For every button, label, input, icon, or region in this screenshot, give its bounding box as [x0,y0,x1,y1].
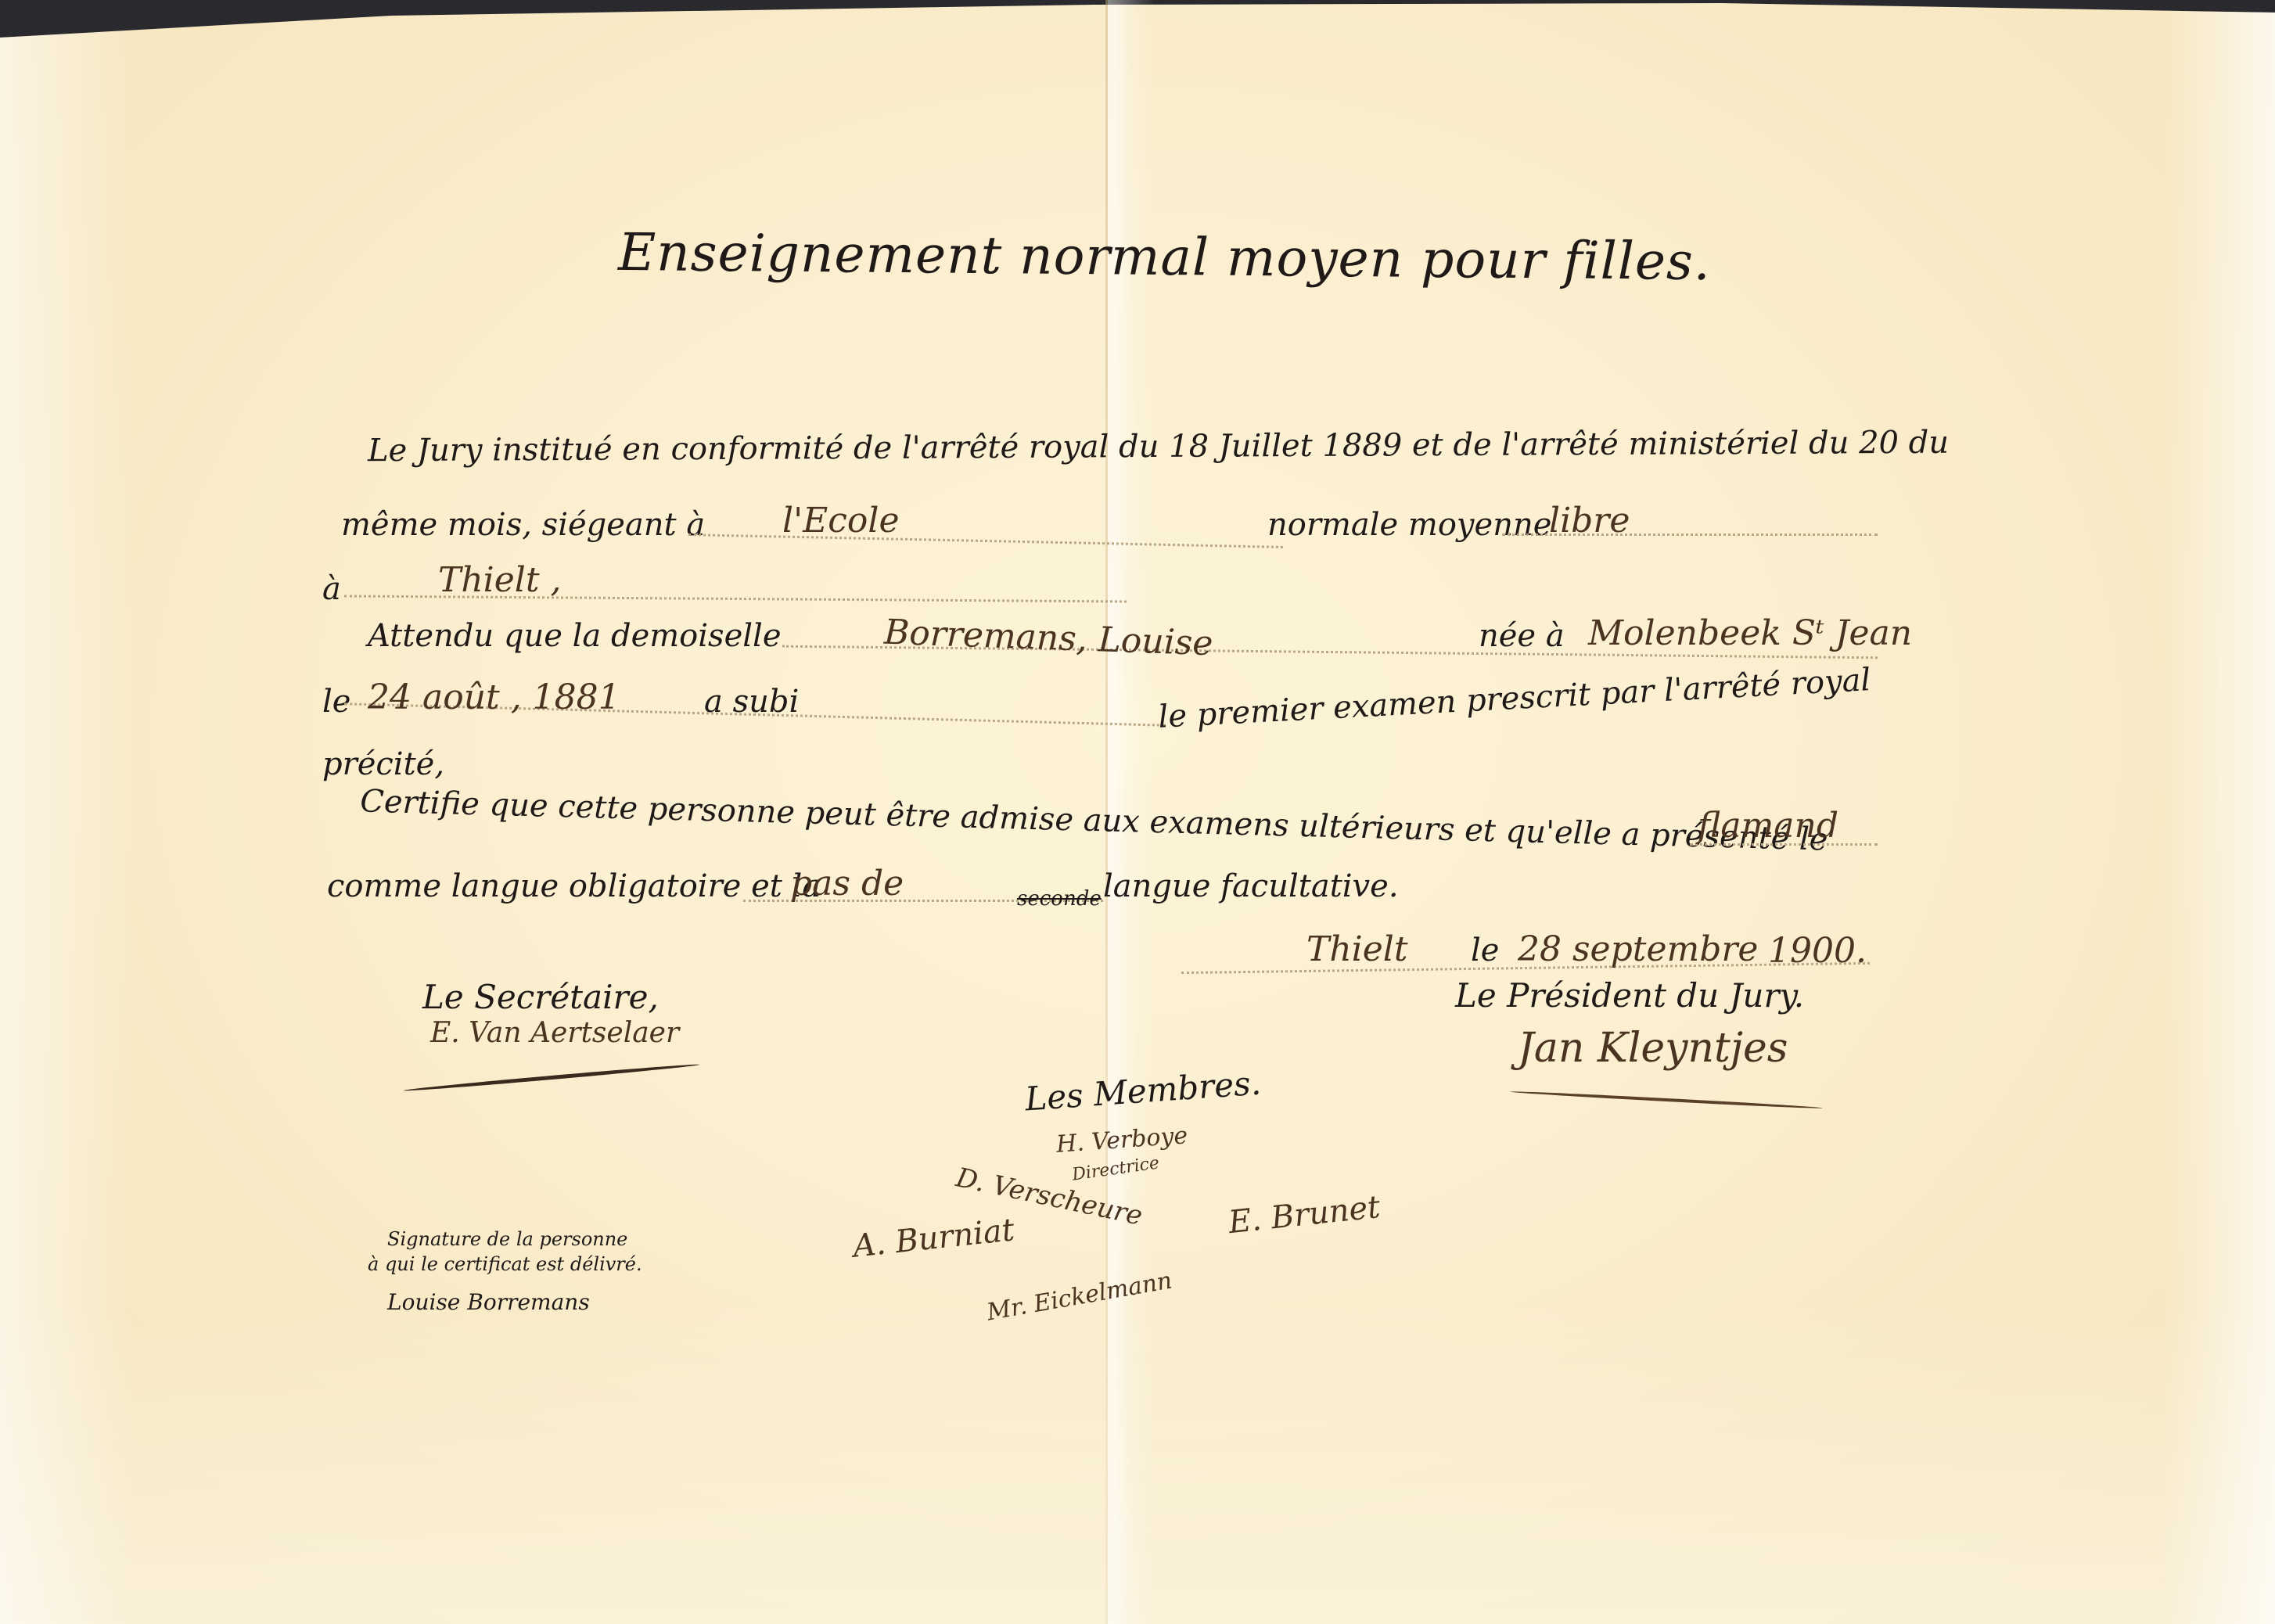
issue-date-le: le [1471,932,1499,968]
para1-line2-mid: normale moyenne [1267,507,1551,543]
recipient-signature: Louise Borremans [387,1289,590,1315]
para2-line1-prefix: Attendu que la demoiselle [368,618,782,654]
birthplace-field: Molenbeek Sᵗ Jean [1588,613,1912,653]
para2-line2-mid: a subi [704,684,799,720]
recipient-label-line2: à qui le certificat est délivré. [368,1253,642,1275]
president-signature: Jan Kleyntjes [1518,1025,1788,1072]
issue-year-field: 1900. [1768,931,1867,971]
president-label: Le Président du Jury. [1455,976,1804,1015]
document-title: Enseignement normal moyen pour filles. [618,222,1711,292]
para2-line3: précité, [322,746,444,782]
issue-place-field: Thielt [1306,929,1408,969]
para1-line3-prefix: à [322,571,341,607]
town-field: Thielt , [438,560,562,600]
secretary-signature: E. Van Aertselaer [430,1017,679,1049]
para2-line1-mid: née à [1479,618,1565,654]
obligatory-language-field: flamand [1698,806,1838,846]
para3-line2-suffix: langue facultative. [1103,868,1399,904]
school-type-field: l'Ecole [782,501,900,541]
school-status-field: libre [1549,501,1630,541]
recipient-label-line1: Signature de la personne [387,1228,627,1250]
para1-line2-prefix: même mois, siégeant à [341,507,705,543]
issue-day-month-field: 28 septembre [1518,929,1758,969]
optional-language-field: pas de [790,864,904,904]
birthdate-field: 24 août , 1881 [368,677,620,717]
struck-word: seconde [1017,887,1102,911]
para2-line2-prefix: le [322,684,350,720]
secretary-label: Le Secrétaire, [422,978,659,1016]
